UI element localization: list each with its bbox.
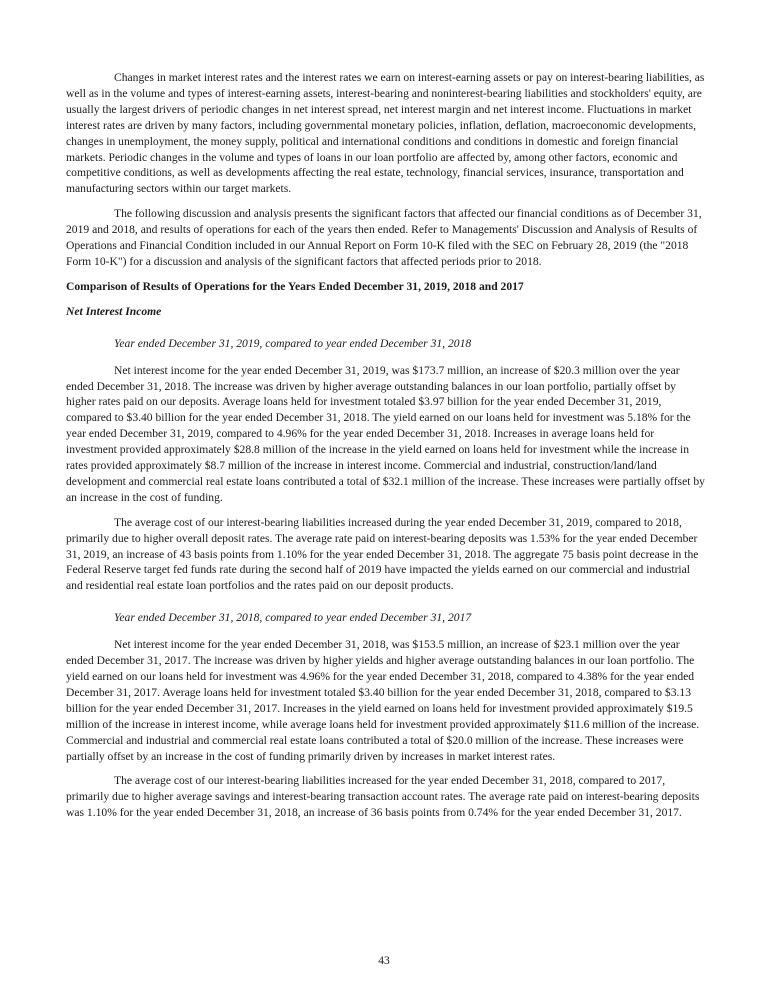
period-2018-cost-paragraph: The average cost of our interest-bearing…: [66, 773, 706, 821]
intro-paragraph-market-rates: Changes in market interest rates and the…: [66, 70, 706, 197]
document-page: Changes in market interest rates and the…: [66, 70, 706, 830]
intro-paragraph-discussion-scope: The following discussion and analysis pr…: [66, 206, 706, 270]
page-number: 43: [0, 953, 768, 969]
section-heading: Comparison of Results of Operations for …: [66, 279, 706, 295]
subsection-heading: Net Interest Income: [66, 304, 706, 320]
period-2019-cost-paragraph: The average cost of our interest-bearing…: [66, 515, 706, 595]
period-2018-heading: Year ended December 31, 2018, compared t…: [66, 610, 706, 626]
period-2018-net-interest-paragraph: Net interest income for the year ended D…: [66, 637, 706, 764]
period-2019-net-interest-paragraph: Net interest income for the year ended D…: [66, 363, 706, 506]
period-2019-heading: Year ended December 31, 2019, compared t…: [66, 336, 706, 352]
